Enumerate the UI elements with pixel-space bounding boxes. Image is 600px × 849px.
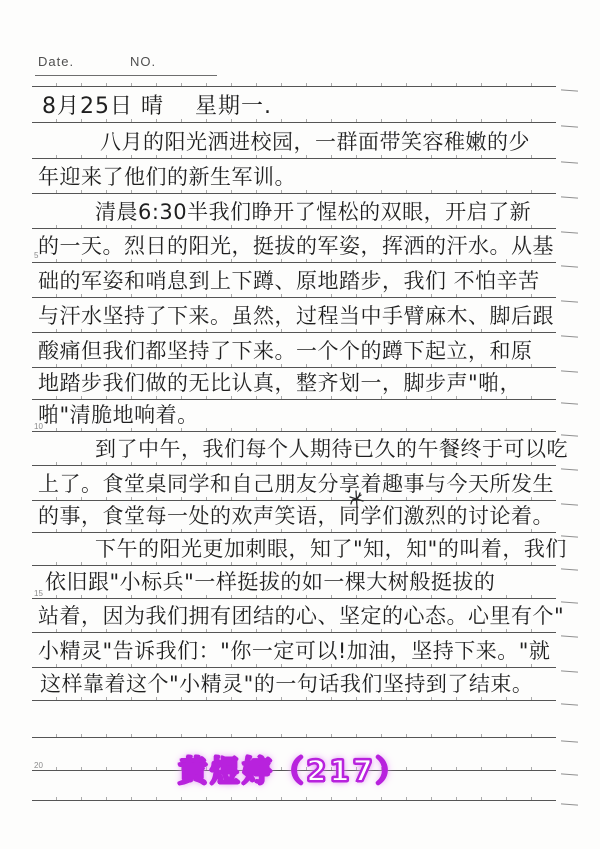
date-line: 8月25日 晴 星期一.: [42, 91, 272, 122]
text-line-13: 的事，食堂每一处的欢声笑语，同学们激烈的讨论着。: [38, 501, 554, 532]
text-line-10: 啪"清脆地响着。: [38, 400, 199, 431]
text-line-2: 八月的阳光洒进校园，一群面带笑容稚嫩的少: [100, 127, 530, 158]
rule-edge-mark: [561, 568, 578, 570]
notebook-page: Date. NO. 5101520 8月25日 晴 星期一.八月的阳光洒进校园，…: [0, 0, 600, 849]
text-line-5: 的一天。烈日的阳光，挺拔的军姿，挥洒的汗水。从基: [38, 231, 554, 262]
number-header-label: NO.: [130, 54, 156, 69]
rule-edge-mark: [561, 89, 578, 91]
rule-edge-mark: [561, 670, 578, 672]
date-header-label: Date.: [38, 54, 74, 69]
text-line-18: 这样靠着这个"小精灵"的一句话我们坚持到了结束。: [40, 669, 533, 700]
rule-edge-mark: [561, 468, 578, 470]
text-line-4: 清晨6:30半我们睁开了惺松的双眼，开启了新: [95, 197, 531, 228]
correction-scribble-icon: [347, 488, 367, 510]
rule-edge-mark: [561, 703, 578, 705]
text-line-14: 下午的阳光更加刺眼，知了"知，知"的叫着，我们: [95, 534, 567, 565]
text-line-9: 地踏步我们做的无比认真，整齐划一，脚步声"啪，: [38, 368, 521, 399]
rule-edge-mark: [561, 635, 578, 637]
rule-edge-mark: [561, 402, 578, 404]
text-line-6: 础的军姿和哨息到上下蹲、原地踏步，我们 不怕辛苦: [38, 266, 540, 297]
text-line-17: 小精灵"告诉我们："你一定可以!加油，坚持下来。"就: [38, 636, 550, 667]
margin-line-number-15: 15: [34, 589, 43, 598]
text-line-11: 到了中午，我们每个人期待已久的午餐终于可以吃: [95, 434, 568, 465]
rule-edge-mark: [561, 265, 578, 267]
ruled-line-0: [32, 81, 556, 87]
text-line-15: 依旧跟"小标兵"一样挺拔的如一棵大树般挺拔的: [45, 567, 495, 598]
text-line-16: 站着，因为我们拥有团结的心、坚定的心态。心里有个": [38, 601, 564, 632]
rule-edge-mark: [561, 370, 578, 372]
author-watermark: 黄煜婷（217）: [0, 749, 600, 790]
rule-edge-mark: [561, 231, 578, 233]
rule-edge-mark: [561, 335, 578, 337]
ruled-line-21: [32, 795, 556, 801]
rule-edge-mark: [561, 161, 578, 163]
text-line-12: 上了。食堂桌同学和自己朋友分享着趣事与今天所发生: [38, 469, 554, 500]
rule-edge-mark: [561, 803, 578, 805]
rule-edge-mark: [561, 740, 578, 742]
text-line-7: 与汗水坚持了下来。虽然，过程当中手臂麻木、脚后跟: [38, 301, 554, 332]
rule-edge-mark: [561, 125, 578, 127]
text-line-3: 年迎来了他们的新生军训。: [38, 162, 296, 193]
ruled-line-19: [32, 732, 556, 738]
header-underline: [35, 75, 217, 76]
text-line-8: 酸痛但我们都坚持了下来。一个个的蹲下起立，和原: [38, 336, 533, 367]
rule-edge-mark: [561, 503, 578, 505]
rule-edge-mark: [561, 300, 578, 302]
rule-edge-mark: [561, 196, 578, 198]
